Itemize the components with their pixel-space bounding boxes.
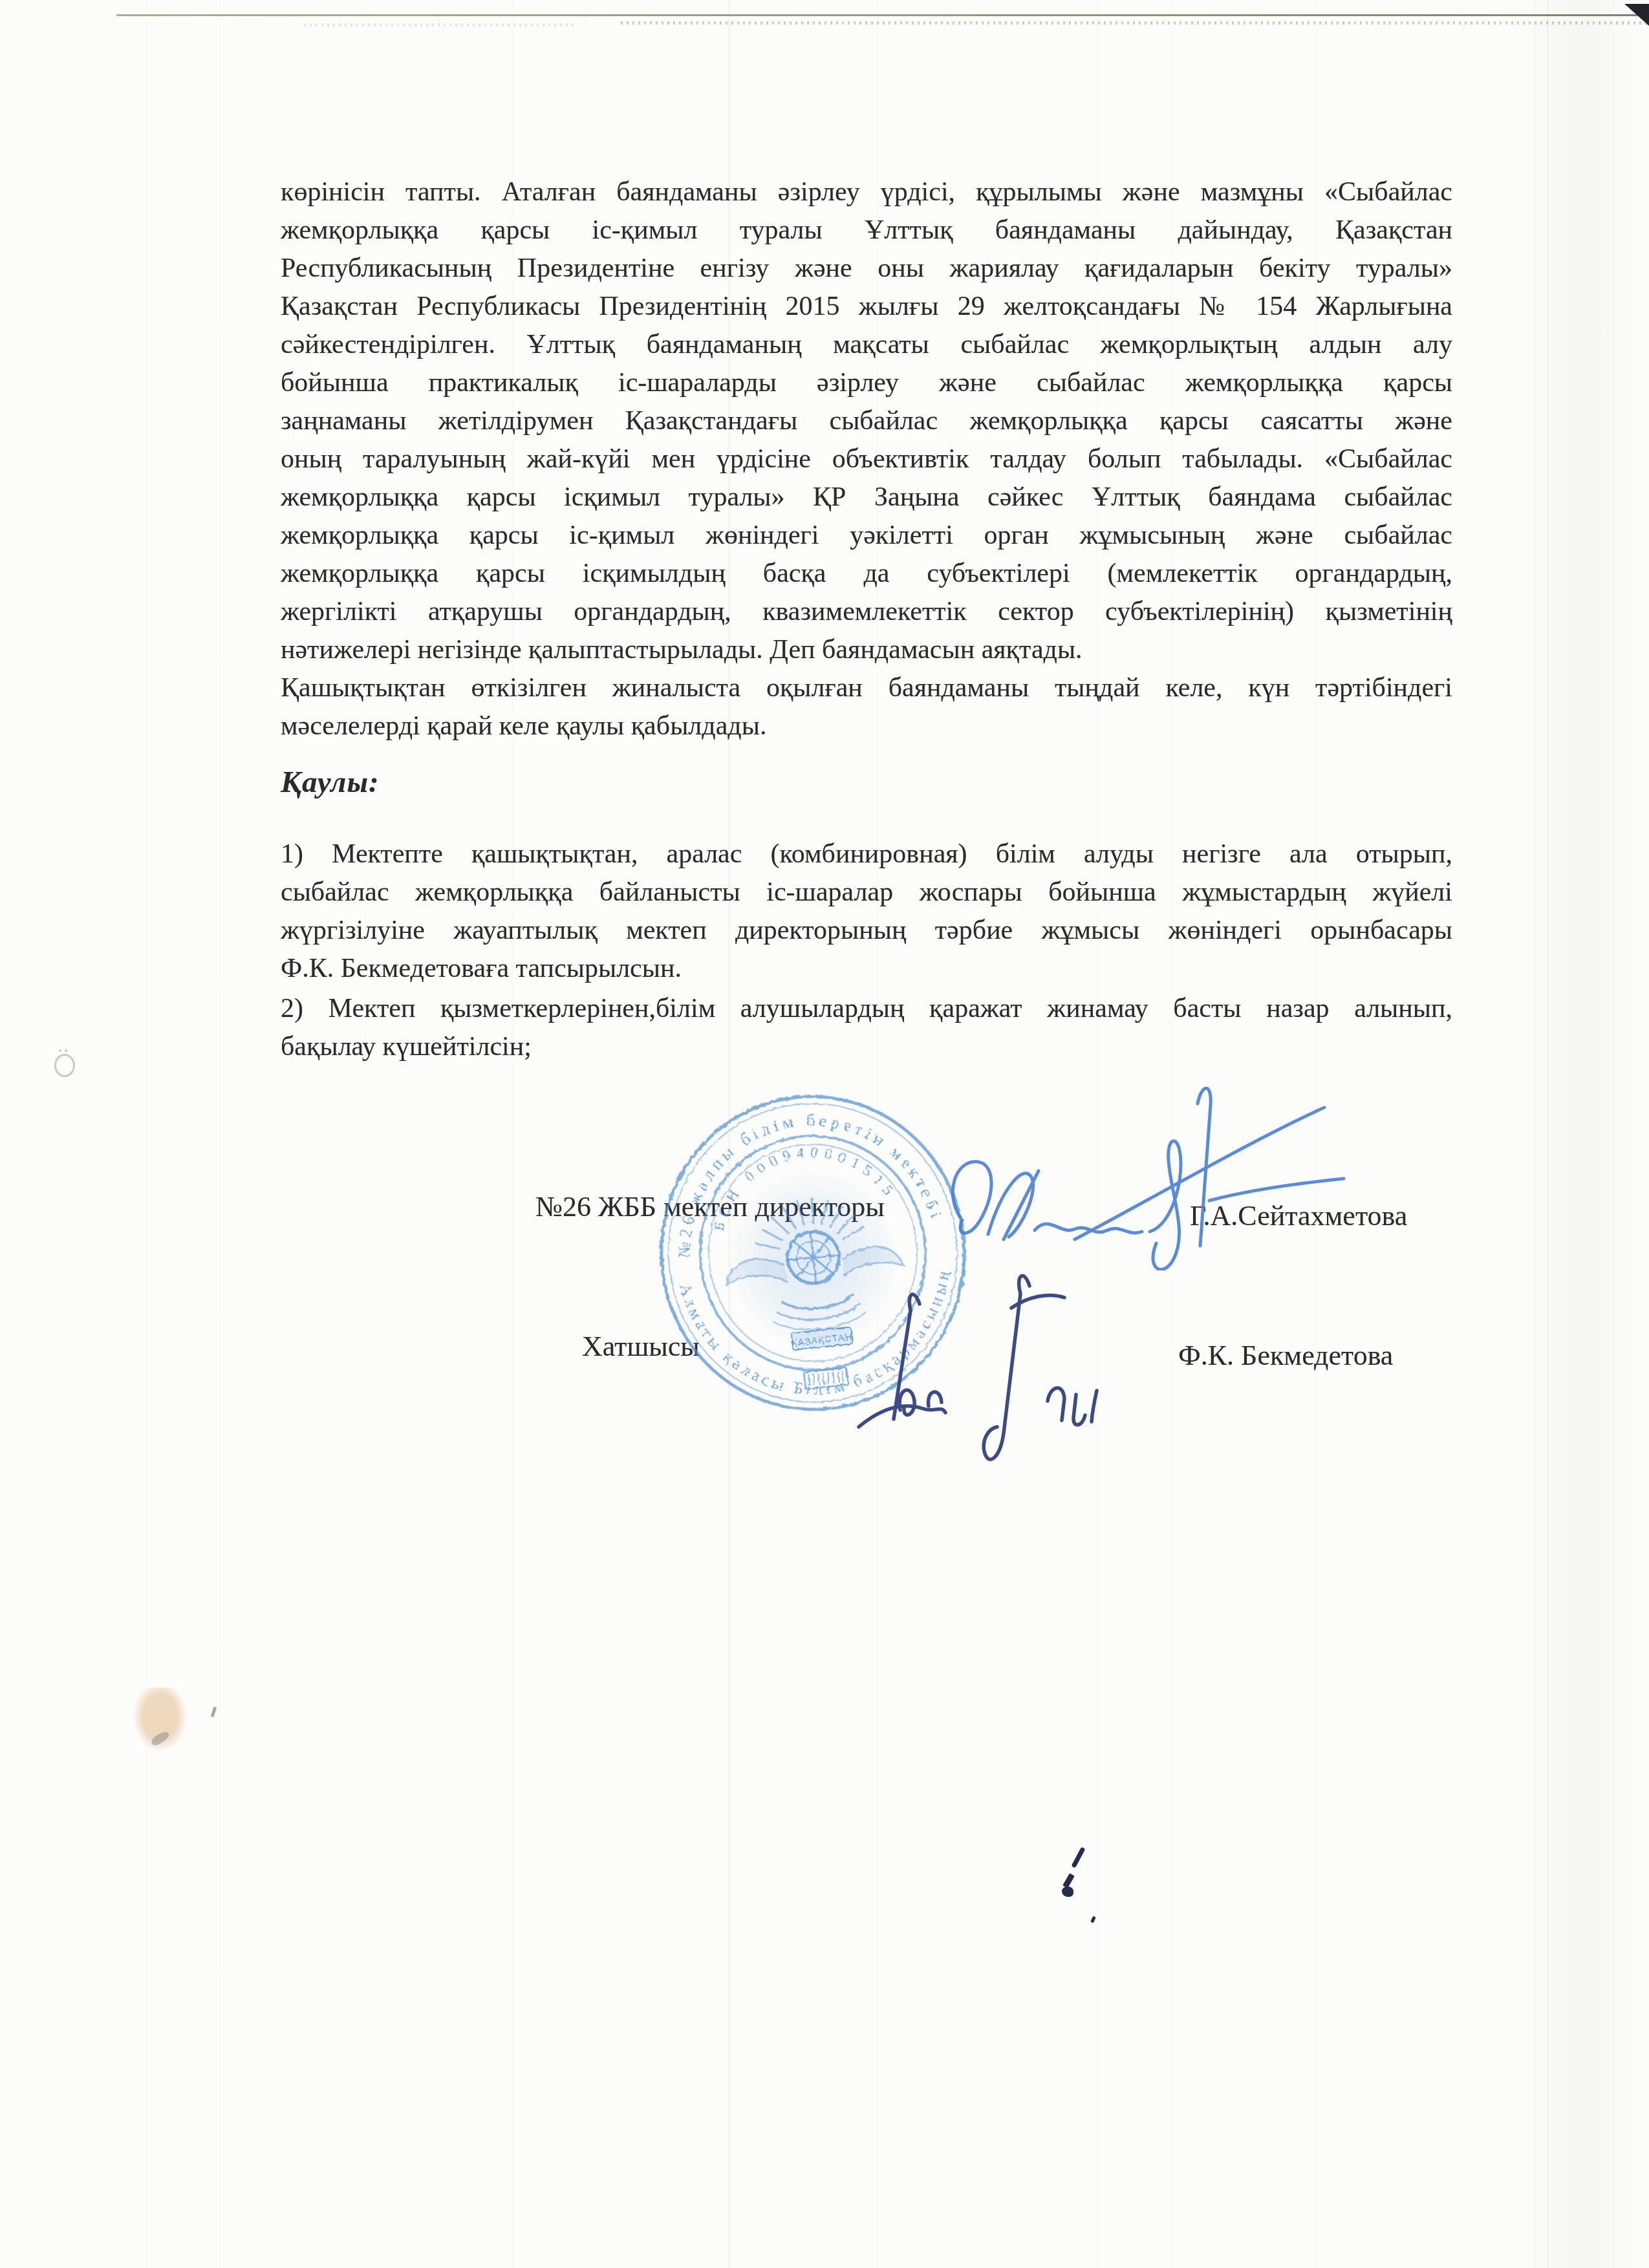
text-line: Республикасының Президентіне енгізу және…	[281, 250, 1452, 288]
text-line: сыбайлас жемқорлыққа байланысты іс-шарал…	[281, 873, 1452, 912]
resolution-item-2: 2) Мектеп қызметкерлерінен,білім алушыла…	[281, 990, 1452, 1066]
document-body: көрінісін тапты. Аталған баяндаманы әзір…	[281, 173, 1452, 1066]
body-paragraph-meeting: Қашықтықтан өткізілген жиналыста оқылған…	[281, 669, 1452, 745]
stray-ring-mark	[54, 1054, 75, 1077]
text-line: жүргізілуіне жауаптылық мектеп директоры…	[281, 912, 1452, 950]
secretary-signature-icon	[821, 1264, 1125, 1487]
document-page: көрінісін тапты. Аталған баяндаманы әзір…	[0, 0, 1649, 2268]
scan-corner-mark	[1624, 4, 1649, 26]
scan-streak	[1547, 0, 1549, 2268]
text-line: жемқорлыққа қарсы іс-қимыл туралы Ұлттық…	[281, 211, 1452, 250]
scan-edge-line	[116, 14, 1649, 16]
scan-speckle-band	[304, 23, 576, 27]
ink-blot	[1062, 1887, 1073, 1897]
text-line: мәселелерді қарай келе қаулы қабылдады.	[281, 707, 1452, 745]
text-line: бойынша практикалық іс-шараларды әзірлеу…	[281, 364, 1452, 402]
scan-speckle-band	[621, 21, 1649, 25]
text-line: бақылау күшейтілсін;	[281, 1028, 1452, 1066]
text-line: оның таралуының жай-күйі мен үрдісіне об…	[281, 440, 1452, 478]
body-paragraph-report: көрінісін тапты. Аталған баяндаманы әзір…	[281, 173, 1452, 669]
text-line: жемқорлыққа қарсы іс-қимыл жөніндегі уәк…	[281, 517, 1452, 555]
ink-blot	[1090, 1916, 1096, 1923]
director-signature-icon	[905, 1076, 1358, 1270]
stray-smudge-mark	[133, 1687, 188, 1752]
text-line: көрінісін тапты. Аталған баяндаманы әзір…	[281, 173, 1452, 211]
text-line: жергілікті атқарушы органдардың, квазиме…	[281, 593, 1452, 631]
text-line: сәйкестендірілген. Ұлттық баяндаманың ма…	[281, 326, 1452, 364]
text-line: 2) Мектеп қызметкерлерінен,білім алушыла…	[281, 990, 1452, 1028]
text-line: Қазақстан Республикасы Президентінің 201…	[281, 288, 1452, 326]
text-line: Қашықтықтан өткізілген жиналыста оқылған…	[281, 669, 1452, 707]
stray-tick-mark	[211, 1707, 217, 1718]
text-line: нәтижелері негізінде қалыптастырылады. Д…	[281, 631, 1452, 669]
text-line: жемқорлыққа қарсы ісқимылдың басқа да су…	[281, 555, 1452, 593]
ink-blot	[1071, 1846, 1085, 1868]
text-line: 1) Мектепте қашықтықтан, аралас (комбини…	[281, 835, 1452, 873]
resolution-item-1: 1) Мектепте қашықтықтан, аралас (комбини…	[281, 835, 1452, 988]
text-line: Ф.К. Бекмедетоваға тапсырылсын.	[281, 950, 1452, 988]
text-line: жемқорлыққа қарсы ісқимыл туралы» ҚР Заң…	[281, 478, 1452, 517]
resolution-heading: Қаулы:	[281, 763, 1452, 802]
text-line: заңнаманы жетілдірумен Қазақстандағы сыб…	[281, 402, 1452, 440]
secretary-name: Ф.К. Бекмедетова	[1178, 1340, 1393, 1372]
